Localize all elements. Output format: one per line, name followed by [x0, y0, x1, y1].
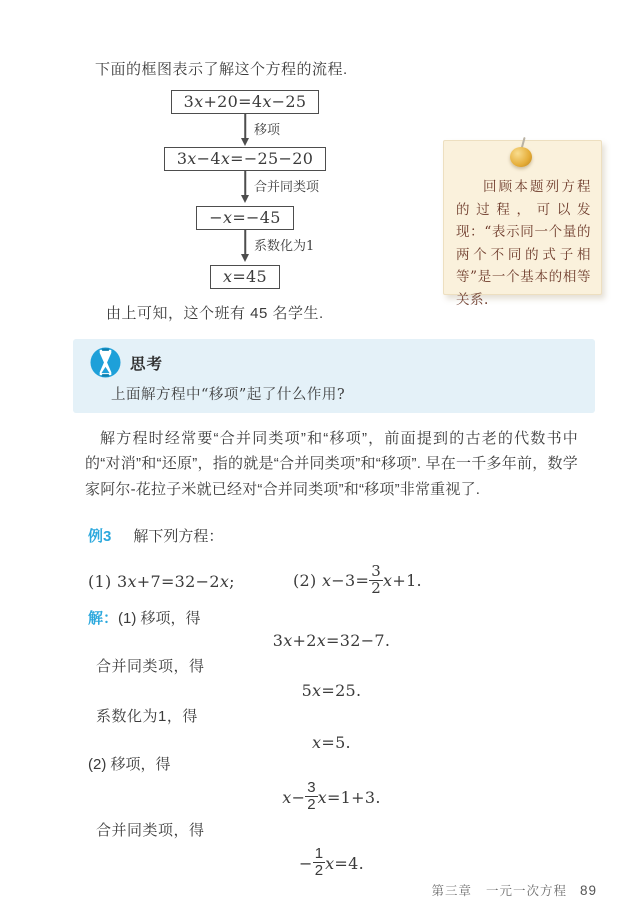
example-prompt: 解下列方程：	[133, 528, 223, 545]
fraction-denominator: 2	[369, 581, 383, 597]
flow-arrow-1: 移项	[85, 114, 405, 147]
solution-step-4-eq: x−32x=1+3.	[88, 778, 575, 816]
arrow-head-icon	[241, 254, 249, 262]
fraction-denominator: 2	[313, 863, 325, 879]
body-paragraph: 解方程时经常要“合并同类项”和“移项”，前面提到的古老的代数书中的“对消”和“还…	[85, 426, 578, 502]
pushpin-icon	[510, 147, 532, 167]
fraction-numerator: 3	[305, 780, 317, 797]
fraction-denominator: 2	[305, 797, 317, 813]
flow-box-4: x=45	[210, 265, 280, 289]
conclusion-sentence: 由上可知，这个班有 45 名学生.	[85, 302, 324, 323]
arrow-head-icon	[241, 138, 249, 146]
example-heading: 例3解下列方程：	[88, 526, 575, 548]
think-question: 上面解方程中“移项”起了什么作用?	[111, 383, 595, 404]
fraction: 12	[313, 846, 325, 879]
arrow-head-icon	[241, 195, 249, 203]
textbook-page: 下面的框图表示了解这个方程的流程. 3x+20=4x−25 移项 3x−4x=−…	[0, 0, 643, 915]
flow-box-3: −x=−45	[196, 206, 293, 230]
solution-step-1-desc: 解：(1) 移项，得	[88, 608, 575, 630]
solution-step-5-eq: −12x=4.	[88, 844, 575, 882]
solution-step-2-eq: 5x=25.	[88, 680, 575, 702]
footer-chapter: 第三章	[431, 881, 472, 899]
think-callout: 思考 上面解方程中“移项”起了什么作用?	[73, 339, 595, 413]
solution-step-3-eq: x=5.	[88, 732, 575, 754]
step-5-eq-post: x=4.	[325, 854, 364, 873]
example-equations-row: (1) 3x+7=32−2x; (2) x−3=32x+1.	[88, 562, 575, 600]
step-1-text: (1) 移项，得	[118, 610, 201, 627]
page-footer: 第三章 一元一次方程 89	[431, 881, 597, 899]
intro-sentence: 下面的框图表示了解这个方程的流程.	[95, 58, 348, 79]
equation-2-pre: (2) x−3=	[293, 571, 369, 590]
example-3-section: 例3解下列方程： (1) 3x+7=32−2x; (2) x−3=32x+1. …	[88, 526, 575, 882]
step-4-eq-pre: x−	[282, 788, 305, 807]
footer-page-number: 89	[580, 883, 597, 898]
arrow-line	[244, 114, 246, 139]
solution-step-3-desc: 系数化为1，得	[96, 706, 575, 728]
arrow-line	[244, 230, 246, 255]
solution-step-2-desc: 合并同类项，得	[96, 656, 575, 678]
arrow-label-3: 系数化为1	[254, 235, 314, 254]
think-title: 思考	[130, 352, 163, 374]
sticky-note-text: 回顾本题列方程的过程，可以发现：“表示同一个量的两个不同的式子相等”是一个基本的…	[456, 176, 591, 311]
example-label: 例3	[88, 528, 111, 545]
sticky-note: 回顾本题列方程的过程，可以发现：“表示同一个量的两个不同的式子相等”是一个基本的…	[443, 140, 602, 295]
flow-box-2: 3x−4x=−25−20	[164, 147, 326, 171]
solution-step-1-eq: 3x+2x=32−7.	[88, 630, 575, 652]
step-5-eq-pre: −	[299, 854, 313, 873]
equation-flowchart: 3x+20=4x−25 移项 3x−4x=−25−20 合并同类项 −x=−45…	[85, 90, 405, 289]
flow-arrow-3: 系数化为1	[85, 230, 405, 265]
solution-step-5-desc: 合并同类项，得	[96, 820, 575, 842]
flow-box-1: 3x+20=4x−25	[171, 90, 320, 114]
arrow-label-1: 移项	[254, 119, 280, 138]
arrow-line	[244, 171, 246, 196]
fraction: 32	[305, 780, 317, 813]
solve-label: 解：	[88, 610, 118, 627]
step-4-eq-post: x=1+3.	[318, 788, 381, 807]
equation-2-post: x+1.	[383, 571, 422, 590]
fraction-numerator: 1	[313, 846, 325, 863]
hourglass-icon	[90, 347, 121, 378]
solution-step-4-desc: (2) 移项，得	[88, 754, 575, 776]
fraction: 32	[369, 564, 383, 597]
footer-section-title: 一元一次方程	[486, 881, 567, 899]
equation-1: (1) 3x+7=32−2x;	[88, 572, 293, 591]
flow-arrow-2: 合并同类项	[85, 171, 405, 206]
equation-2: (2) x−3=32x+1.	[293, 565, 422, 598]
think-header: 思考	[90, 347, 595, 378]
arrow-label-2: 合并同类项	[254, 176, 319, 195]
